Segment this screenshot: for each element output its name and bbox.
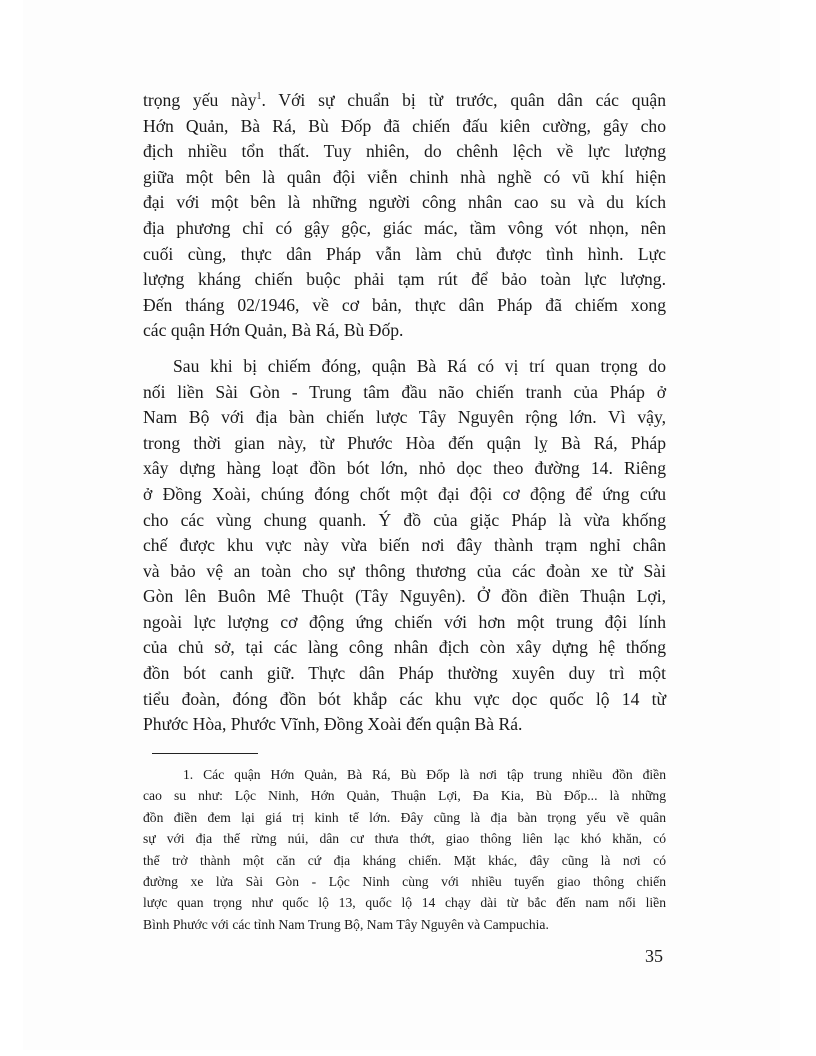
text-line: địch nhiều tổn thất. Tuy nhiên, do chênh… [143,139,666,165]
text-line: lượng kháng chiến buộc phải tạm rút để b… [143,267,666,293]
footnote-line: 1. Các quận Hớn Quản, Bà Rá, Bù Đốp là n… [143,764,666,785]
footnote-line: lược quan trọng như quốc lộ 13, quốc lộ … [143,892,666,913]
text-line: chế được khu vực này vừa biến nơi đây th… [143,533,666,559]
text-line: ngoài lực lượng cơ động ứng chiến với hơ… [143,610,666,636]
footnote-line: đồn điền đem lại giá trị kinh tế lớn. Đâ… [143,807,666,828]
text-line: Hớn Quản, Bà Rá, Bù Đốp đã chiến đấu kiê… [143,114,666,140]
text-line: các quận Hớn Quản, Bà Rá, Bù Đốp. [143,318,666,344]
page-number: 35 [645,946,663,967]
text-line: xây dựng hàng loạt đồn bót lớn, nhỏ dọc … [143,456,666,482]
text-line: cuối cùng, thực dân Pháp vẫn làm chủ đượ… [143,242,666,268]
text-line: đại với một bên là những người công nhân… [143,190,666,216]
text-line: Đến tháng 02/1946, về cơ bản, thực dân P… [143,293,666,319]
footnote-separator [152,753,258,754]
body-text: trọng yếu này1. Với sự chuẩn bị từ trước… [143,88,666,738]
text-line: Gòn lên Buôn Mê Thuột (Tây Nguyên). Ở đồ… [143,584,666,610]
text-line: giữa một bên là quân đội viễn chinh nhà … [143,165,666,191]
text-line: nối liền Sài Gòn - Trung tâm đầu não chi… [143,380,666,406]
footnote-line: thể trở thành một căn cứ địa kháng chiến… [143,850,666,871]
text-line: và bảo vệ an toàn cho sự thông thương củ… [143,559,666,585]
text-line: ở Đồng Xoài, chúng đóng chốt một đại đội… [143,482,666,508]
footnote-1: 1. Các quận Hớn Quản, Bà Rá, Bù Đốp là n… [143,764,666,935]
footnote-line: đường xe lửa Sài Gòn - Lộc Ninh cùng với… [143,871,666,892]
text-fragment: . Với sự chuẩn bị từ trước, quân dân các… [262,90,666,110]
footnote-line: sự với địa thế rừng núi, dân cư thưa thớ… [143,828,666,849]
text-line: Sau khi bị chiếm đóng, quận Bà Rá có vị … [143,354,666,380]
text-line: tiểu đoàn, đóng đồn bót khắp các khu vực… [143,687,666,713]
paragraph-2: Sau khi bị chiếm đóng, quận Bà Rá có vị … [143,354,666,738]
text-line: trong thời gian này, từ Phước Hòa đến qu… [143,431,666,457]
text-line: Phước Hòa, Phước Vĩnh, Đồng Xoài đến quậ… [143,712,666,738]
text-line: của chủ sở, tại các làng công nhân địch … [143,635,666,661]
text-line: Nam Bộ với địa bàn chiến lược Tây Nguyên… [143,405,666,431]
text-line: cho các vùng chung quanh. Ý đồ của giặc … [143,508,666,534]
paragraph-1: trọng yếu này1. Với sự chuẩn bị từ trước… [143,88,666,344]
text-line: trọng yếu này1. Với sự chuẩn bị từ trước… [143,88,666,114]
text-line: địa phương chỉ có gậy gộc, giác mác, tầm… [143,216,666,242]
footnote-line: cao su như: Lộc Ninh, Hớn Quản, Thuận Lợ… [143,785,666,806]
text-fragment: trọng yếu này [143,90,257,110]
text-line: đồn bót canh giữ. Thực dân Pháp thường x… [143,661,666,687]
footnote-line: Bình Phước với các tỉnh Nam Trung Bộ, Na… [143,914,666,935]
